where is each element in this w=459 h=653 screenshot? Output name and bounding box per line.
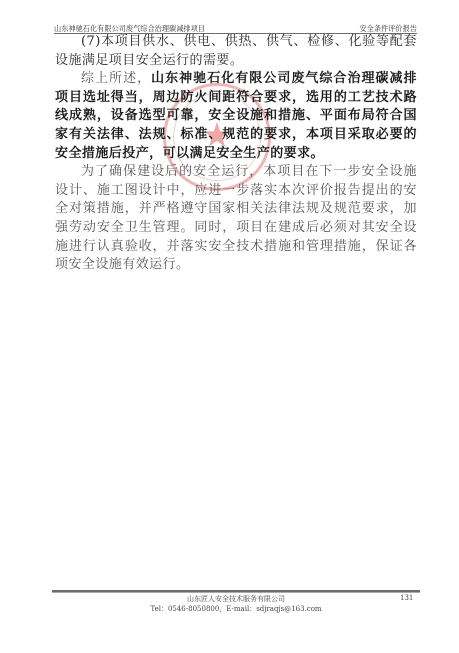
header-report-title: 安全条件评价报告 [359, 24, 417, 33]
document-body: (7)本项目供水、供电、供热、供气、检修、化验等配套设施满足项目安全运行的需要。… [55, 33, 417, 275]
page-footer: 山东匠人安全技术服务有限公司 Tel：0546-8050800，E-mail：s… [52, 594, 420, 614]
paragraph-facilities: (7)本项目供水、供电、供热、供气、检修、化验等配套设施满足项目安全运行的需要。 [55, 33, 417, 70]
footer-divider [52, 590, 420, 593]
page-number: 131 [400, 594, 413, 602]
paragraph-conclusion: 综上所述，山东神驰石化有限公司废气综合治理碳减排项目选址得当，周边防火间距符合要… [55, 70, 417, 163]
footer-contact: Tel：0546-8050800，E-mail：sdjraqjs@163.com [52, 604, 420, 614]
footer-company-name: 山东匠人安全技术服务有限公司 [52, 594, 420, 604]
header-project-title: 山东神驰石化有限公司废气综合治理碳减排项目 [54, 24, 205, 33]
conclusion-lead: 综上所述， [81, 71, 151, 86]
paragraph-recommendation: 为了确保建设后的安全运行，本项目在下一步安全设施设计、施工图设计中，应进一步落实… [55, 163, 417, 275]
